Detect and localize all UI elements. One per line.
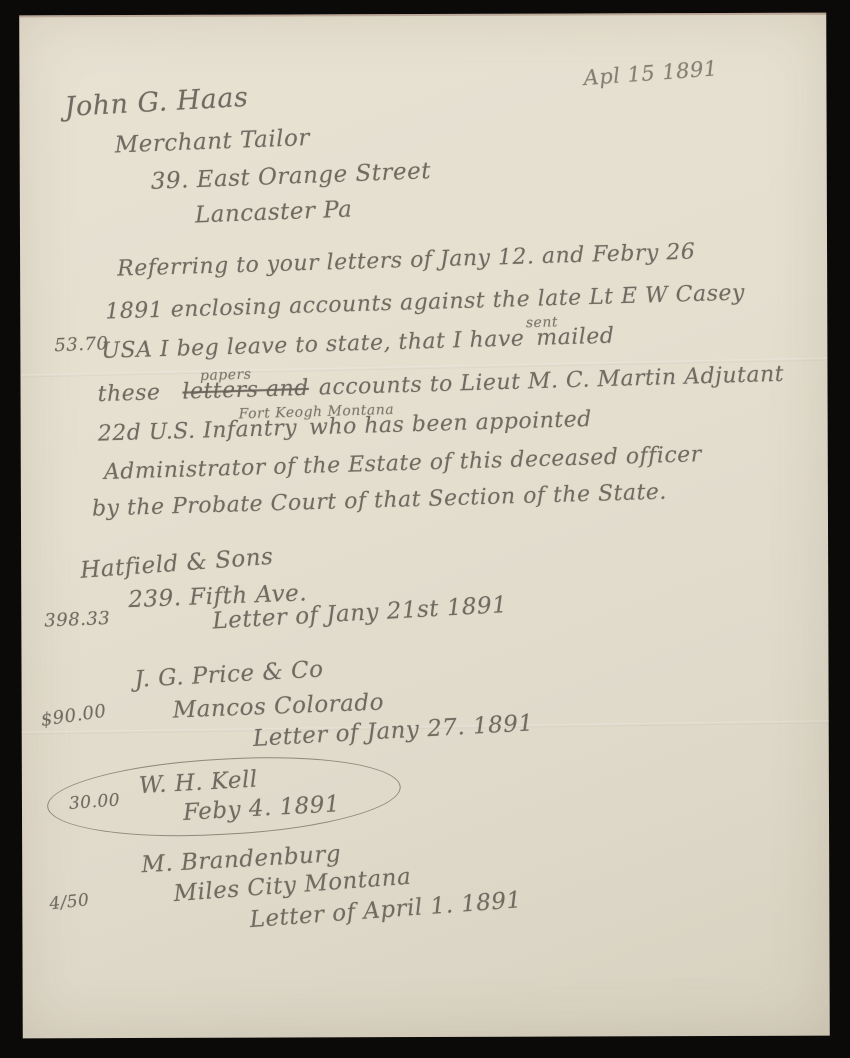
entry-price-name: J. G. Price & Co [134, 656, 324, 693]
body-line-6: Administrator of the Estate of this dece… [104, 442, 703, 485]
body-line-4-post: accounts to Lieut M. C. Martin Adjutant [318, 362, 784, 401]
body-line-4-text: these [97, 380, 161, 407]
body-line-5: 22d U.S. Infantry Fort Keogh Montana who… [97, 407, 592, 447]
inserted-word-papers: papers [200, 366, 252, 384]
body-line-1: Referring to your letters of Jany 12. an… [117, 239, 696, 281]
body-line-2: 1891 enclosing accounts against the late… [105, 281, 745, 325]
recipient-name: John G. Haas [64, 82, 249, 123]
letter-date: Apl 15 1891 [583, 56, 719, 90]
recipient-street: 39. East Orange Street [150, 158, 431, 195]
entry-brandenburg-amount: 4/50 [48, 890, 90, 914]
body-line-4-struck-wrap: papers letters and [172, 376, 309, 405]
entry-kell-amount: 30.00 [68, 790, 120, 814]
body-line-7: by the Probate Court of that Section of … [92, 480, 668, 522]
recipient-occupation: Merchant Tailor [114, 125, 310, 158]
letter-page: Apl 15 1891 John G. Haas Merchant Tailor… [19, 13, 830, 1039]
entry-hatfield-name: Hatfield & Sons [79, 544, 274, 584]
entry-hatfield-amount: 398.33 [44, 608, 111, 632]
body-line-5-insert-wrap: Fort Keogh Montana who has been appointe… [309, 407, 592, 440]
recipient-city: Lancaster Pa [194, 197, 352, 229]
body-line-3-continued: sent mailed [536, 324, 615, 351]
entry-price-amount: $90.00 [40, 701, 108, 731]
body-line-3: USA I beg leave to state, that I have se… [101, 324, 615, 364]
inserted-word-sent: sent [526, 314, 559, 331]
photograph-background: Apl 15 1891 John G. Haas Merchant Tailor… [0, 0, 850, 1058]
entry-price-address: Mancos Colorado [172, 689, 384, 723]
body-line-3-text: USA I beg leave to state, that I have [101, 326, 525, 364]
body-line-4: these papers letters and accounts to Lie… [97, 362, 784, 407]
